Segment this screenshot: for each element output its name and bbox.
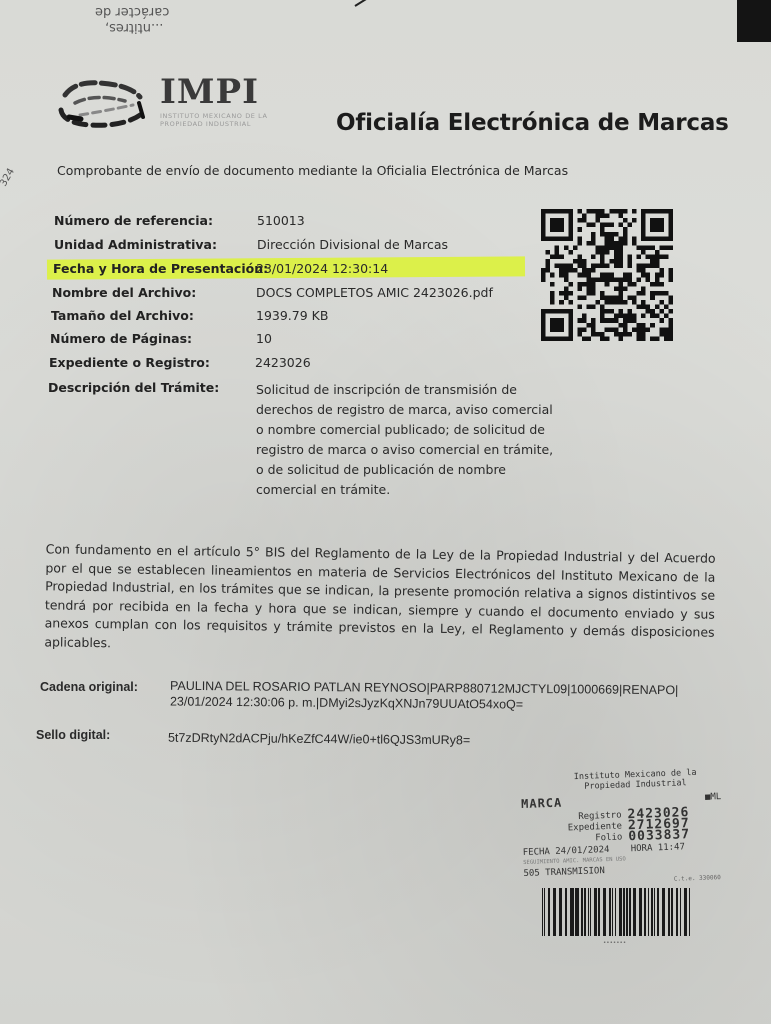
background-edge (737, 0, 771, 42)
field-label: Nombre del Archivo: (52, 285, 196, 300)
stamp-code: ■ML (705, 792, 722, 803)
field-label: Unidad Administrativa: (54, 237, 217, 252)
document-photo: carácter de ...ntitres, 324 IMPI INSTITU… (0, 0, 771, 1024)
stamp-code-text: ML (710, 792, 721, 802)
field-label: Tamaño del Archivo: (51, 308, 194, 323)
impi-logo-icon (55, 75, 150, 135)
page-subtitle: Comprobante de envío de documento median… (57, 163, 568, 178)
field-value: 1939.79 KB (256, 308, 328, 323)
stamp-procedure: 505 TRANSMISION (523, 866, 605, 879)
stamp-control: C.t.e. 330060 (674, 874, 721, 883)
field-value: Dirección Divisional de Marcas (257, 237, 448, 252)
field-label: Fecha y Hora de Presentación: (53, 261, 268, 276)
stamp-fine-print: SEGUIMIENTO AMIC. MARCAS EN USO (523, 856, 626, 866)
stamp-date: FECHA 24/01/2024 (523, 845, 610, 858)
legal-paragraph: Con fundamento en el artículo 5° BIS del… (44, 540, 715, 660)
stamp-time: HORA 11:47 (631, 842, 686, 854)
barcode-icon (542, 888, 694, 936)
bleed-through-text: ...ntitres, (105, 20, 163, 35)
digital-seal-value: 5t7zDRtyN2dACPju/hKeZfC44W/ie0+tl6QJS3mU… (168, 731, 470, 749)
field-label: Expediente o Registro: (49, 355, 210, 370)
stamp-folio-label: Folio (542, 832, 622, 845)
logo-wordmark: IMPI (160, 72, 259, 112)
bleed-through-stroke (354, 0, 431, 7)
field-label: Número de Páginas: (50, 331, 192, 346)
field-value: DOCS COMPLETOS AMIC 2423026.pdf (256, 285, 493, 300)
original-chain-label: Cadena original: (40, 680, 138, 694)
description-text: Solicitud de inscripción de transmisión … (256, 380, 556, 500)
qr-code-icon (541, 209, 673, 341)
side-stamp-fragment: 324 (0, 166, 17, 188)
barcode-number: ••••••• (603, 940, 626, 946)
field-value: 10 (256, 331, 272, 346)
field-value: 23/01/2024 12:30:14 (256, 261, 388, 276)
logo-subtitle: INSTITUTO MEXICANO DE LA PROPIEDAD INDUS… (160, 112, 270, 128)
stamp-type: MARCA (521, 796, 563, 811)
original-chain-line2: 23/01/2024 12:30:06 p. m.|DMyi2sJyzKqXNJ… (170, 694, 523, 712)
stamp-institution: Instituto Mexicano de la Propiedad Indus… (560, 767, 711, 792)
bleed-through-text: carácter de (95, 4, 169, 19)
field-label: Descripción del Trámite: (48, 380, 219, 395)
reception-stamp: Instituto Mexicano de la Propiedad Indus… (520, 766, 750, 774)
digital-seal-label: Sello digital: (36, 728, 110, 742)
page-title: Oficialía Electrónica de Marcas (336, 110, 729, 136)
field-value: 510013 (257, 213, 305, 228)
field-label: Número de referencia: (54, 213, 213, 228)
field-value: 2423026 (255, 355, 311, 370)
